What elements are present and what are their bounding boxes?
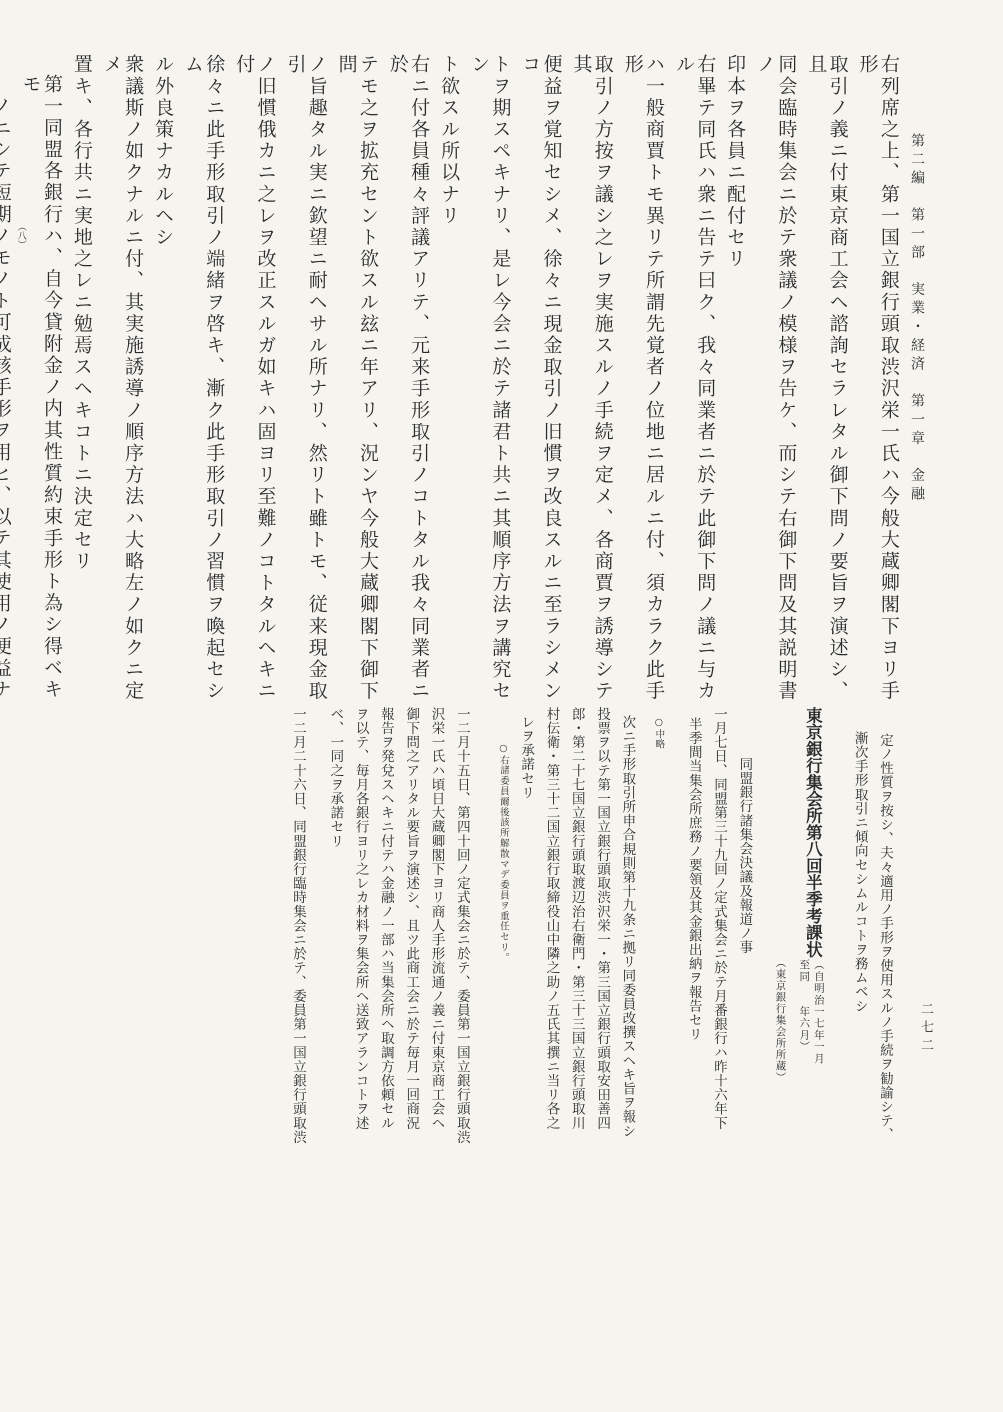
section-heading: 同盟銀行諸集会決議及報道ノ事: [737, 707, 751, 1402]
interlinear-note: （八）: [16, 222, 26, 249]
column-text: 半季間当集会所庶務ノ要領及其金銀出納ヲ報告セリ: [686, 717, 702, 1041]
text-column: 取引ノ義ニ付東京商工会ヘ諮詢セラレタル御下問ノ要旨ヲ演述シ、且: [805, 54, 848, 719]
column-text: レヲ承諾セリ: [518, 715, 534, 800]
text-column: 半季間当集会所庶務ノ要領及其金銀出納ヲ報告セリ: [686, 707, 700, 1402]
text-column: ト欲スル所以ナリ: [438, 54, 459, 719]
text-column: 沢栄一氏ハ頃日大蔵卿閣下ヨリ商人手形流通ノ義ニ付東京商工会ヘ: [429, 707, 443, 1402]
annotation-column: 至同 年六月）: [797, 959, 810, 1064]
column-text: 投票ヲ以テ第一国立銀行頭取渋沢栄一・第三国立銀行頭取安田善四: [594, 707, 610, 1130]
column-text: ヲ以テ、毎月各銀行ヨリ之レカ材料ヲ集会所ヘ送致アランコトヲ述: [353, 707, 369, 1130]
text-column: ノニシテ短期ノモノト可成該手形ヲ用ヒ、以テ其使用ノ便益ナル（八）: [0, 54, 11, 719]
column-text: ベ、一同之ヲ承諾セリ: [327, 707, 343, 848]
column-text: 同盟銀行諸集会決議及報道ノ事: [736, 757, 752, 954]
column-text: 取引ノ義ニ付東京商工会ヘ諮詢セラレタル御下問ノ要旨ヲ演述シ、且: [805, 54, 848, 702]
column-text: 置キ、各行共ニ実地之レニ勉焉スヘキコトニ決定セリ: [71, 54, 93, 572]
bottom-text-block: 定ノ性質ヲ按シ、夫々適用ノ手形ヲ使用スルノ手続ヲ勧諭シテ、漸次手形取引ニ傾向セシ…: [280, 707, 903, 1402]
date-range-annotation: （自明治一七年一月至同 年六月）: [796, 959, 827, 1064]
text-column: トヲ期スペキナリ、是レ今会ニ於テ諸君ト共ニ其順序方法ヲ講究セン: [468, 54, 511, 719]
column-text: 村伝衛・第三十二国立銀行取締役山中隣之助ノ五氏其撰ニ当リ各之: [543, 707, 559, 1130]
text-column: ヲ以テ、毎月各銀行ヨリ之レカ材料ヲ集会所ヘ送致アランコトヲ述: [353, 707, 367, 1402]
text-column: 第一同盟各銀行ハ、自今貸附金ノ内其性質約束手形ト為シ得ベキモ: [19, 54, 62, 719]
text-column: 右ニ付各員種々評議アリテ、元来手形取引ノコトタル我々同業者ニ於: [387, 54, 430, 719]
column-text: 一二月十五日、第四十回ノ定式集会ニ於テ、委員第一国立銀行頭取渋: [454, 707, 470, 1144]
text-column: ル外良策ナカルヘシ: [152, 54, 173, 719]
page-number: 二七二: [916, 1002, 935, 1056]
column-text: 印本ヲ各員ニ配付セリ: [724, 54, 746, 270]
column-text: 沢栄一氏ハ頃日大蔵卿閣下ヨリ商人手形流通ノ義ニ付東京商工会ヘ: [429, 707, 445, 1130]
text-column: テモ之ヲ拡充セント欲スル玆ニ年アリ、況ンヤ今般大蔵卿閣下御下問: [335, 54, 378, 719]
text-column: ノ旨趣タル実ニ欽望ニ耐ヘサル所ナリ、然リト雖トモ、従来現金取引: [284, 54, 327, 719]
ownership-annotation: （東京銀行集会所所蔵）: [774, 707, 785, 1402]
column-text: ○右諸委員爾後該所解散マデ委員ヲ重任セリ。: [498, 743, 509, 963]
top-text-block: 第二編 第一部 実業・経済 第一章 金融 右列席之上、第一国立銀行頭取渋沢栄一氏…: [0, 54, 933, 719]
column-text: 御下問之アリタル要旨ヲ演述シ、且ツ此商工会ニ於テ毎月一回商況: [403, 707, 419, 1130]
text-column: ベ、一同之ヲ承諾セリ: [328, 707, 342, 1402]
text-column: 置キ、各行共ニ実地之レニ勉焉スヘキコトニ決定セリ: [71, 54, 92, 719]
page: 第二編 第一部 実業・経済 第一章 金融 右列席之上、第一国立銀行頭取渋沢栄一氏…: [0, 0, 1003, 1412]
text-column: 報告ヲ発兌スヘキニ付テハ金融ノ一部ハ当集会所ヘ取調方依頼セル: [379, 707, 393, 1402]
column-text: 取引ノ方按ヲ議シ之レヲ実施スルノ手続ヲ定メ、各商賈ヲ誘導シテ其: [571, 54, 614, 702]
column-text: トヲ期スペキナリ、是レ今会ニ於テ諸君ト共ニ其順序方法ヲ講究セン: [468, 54, 511, 702]
column-text: ノ旧慣俄カニ之レヲ改正スルガ如キハ固ヨリ至難ノコトタルヘキニ付: [233, 54, 276, 702]
marginal-note: ○右諸委員爾後該所解散マデ委員ヲ重任セリ。: [498, 707, 508, 1402]
text-column: 漸次手形取引ニ傾向セシムルコトヲ務ムベシ: [852, 707, 866, 1402]
column-text: ル外良策ナカルヘシ: [152, 54, 174, 248]
column-text: （東京銀行集会所所蔵）: [774, 957, 786, 1084]
column-text: ノ旨趣タル実ニ欽望ニ耐ヘサル所ナリ、然リト雖トモ、従来現金取引: [284, 54, 327, 702]
running-header: 第二編 第一部 実業・経済 第一章 金融: [908, 54, 926, 719]
omission-note: ○中略: [653, 707, 663, 1402]
column-text: 一月七日、同盟第三十九回ノ定式集会ニ於テ月番銀行ハ昨十六年下: [711, 707, 727, 1130]
column-text: 衆議斯ノ如クナルニ付、其実施誘導ノ順序方法ハ大略左ノ如クニ定メ: [101, 54, 144, 702]
column-text: ノニシテ短期ノモノト可成該手形ヲ用ヒ、以テ其使用ノ便益ナル: [0, 96, 12, 701]
annotation-column: （自明治一七年一月: [812, 959, 825, 1064]
text-column: 御下問之アリタル要旨ヲ演述シ、且ツ此商工会ニ於テ毎月一回商況: [404, 707, 418, 1402]
column-text: 右列席之上、第一国立銀行頭取渋沢栄一氏ハ今般大蔵卿閣下ヨリ手形: [857, 54, 900, 702]
column-text: ハ一般商賈トモ異リテ所謂先覚者ノ位地ニ居ルニ付、須カラク此手形: [622, 54, 665, 702]
text-column: 徐々ニ此手形取引ノ端緒ヲ啓キ、漸ク此手形取引ノ習慣ヲ喚起セシム: [182, 54, 225, 719]
text-column: ハ一般商賈トモ異リテ所謂先覚者ノ位地ニ居ルニ付、須カラク此手形: [621, 54, 664, 719]
document-title: 東京銀行集会所第八回半季考課状（自明治一七年一月至同 年六月）: [802, 707, 821, 1402]
column-text: 右ニ付各員種々評議アリテ、元来手形取引ノコトタル我々同業者ニ於: [387, 54, 430, 702]
text-column: 一二月二十六日、同盟銀行臨時集会ニ於テ、委員第一国立銀行頭取渋: [291, 707, 305, 1402]
text-column: 印本ヲ各員ニ配付セリ: [724, 54, 745, 719]
text-column: 一月七日、同盟第三十九回ノ定式集会ニ於テ月番銀行ハ昨十六年下: [712, 707, 726, 1402]
column-text: 東京銀行集会所第八回半季考課状: [803, 707, 822, 958]
column-text: テモ之ヲ拡充セント欲スル玆ニ年アリ、況ンヤ今般大蔵卿閣下御下問: [336, 54, 379, 702]
text-column: 定ノ性質ヲ按シ、夫々適用ノ手形ヲ使用スルノ手続ヲ勧諭シテ、: [878, 707, 892, 1402]
column-text: ○中略: [653, 717, 664, 750]
text-column: 右列席之上、第一国立銀行頭取渋沢栄一氏ハ今般大蔵卿閣下ヨリ手形: [856, 54, 899, 719]
column-text: 定ノ性質ヲ按シ、夫々適用ノ手形ヲ使用スルノ手続ヲ勧諭シテ、: [877, 733, 893, 1142]
text-column: 郎・第二十七国立銀行頭取渡辺治右衛門・第三十三国立銀行頭取川: [569, 707, 583, 1402]
column-text: ト欲スル所以ナリ: [438, 54, 460, 227]
column-text: 一二月二十六日、同盟銀行臨時集会ニ於テ、委員第一国立銀行頭取渋: [290, 707, 306, 1144]
column-text: 漸次手形取引ニ傾向セシムルコトヲ務ムベシ: [852, 731, 868, 1013]
column-text: 次ニ手形取引所申合規則第十九条ニ拠リ同委員改撰スヘキ旨ヲ報シ: [619, 715, 635, 1138]
text-column: 一二月十五日、第四十回ノ定式集会ニ於テ、委員第一国立銀行頭取渋: [455, 707, 469, 1402]
text-column: 村伝衛・第三十二国立銀行取締役山中隣之助ノ五氏其撰ニ当リ各之: [544, 707, 558, 1402]
text-column: ノ旧慣俄カニ之レヲ改正スルガ如キハ固ヨリ至難ノコトタルヘキニ付: [233, 54, 276, 719]
text-column: 次ニ手形取引所申合規則第十九条ニ拠リ同委員改撰スヘキ旨ヲ報シ: [620, 707, 634, 1402]
text-column: 衆議斯ノ如クナルニ付、其実施誘導ノ順序方法ハ大略左ノ如クニ定メ: [101, 54, 144, 719]
text-column: 取引ノ方按ヲ議シ之レヲ実施スルノ手続ヲ定メ、各商賈ヲ誘導シテ其: [570, 54, 613, 719]
column-text: 郎・第二十七国立銀行頭取渡辺治右衛門・第三十三国立銀行頭取川: [569, 707, 585, 1130]
column-text: 右畢テ同氏ハ衆ニ告テ曰ク、我々同業者ニ於テ此御下問ノ議ニ与カル: [673, 54, 716, 702]
column-text: 徐々ニ此手形取引ノ端緒ヲ啓キ、漸ク此手形取引ノ習慣ヲ喚起セシム: [182, 54, 225, 702]
column-text: 同会臨時集会ニ於テ衆議ノ模様ヲ告ケ、而シテ右御下問及其説明書ノ: [754, 54, 797, 702]
text-column: 便益ヲ覚知セシメ、徐々ニ現金取引ノ旧慣ヲ改良スルニ至ラシメンコ: [519, 54, 562, 719]
text-column: レヲ承諾セリ: [519, 707, 533, 1402]
text-column: 投票ヲ以テ第一国立銀行頭取渋沢栄一・第三国立銀行頭取安田善四: [595, 707, 609, 1402]
column-text: 便益ヲ覚知セシメ、徐々ニ現金取引ノ旧慣ヲ改良スルニ至ラシメンコ: [519, 54, 562, 702]
column-text: 第一同盟各銀行ハ、自今貸附金ノ内其性質約束手形ト為シ得ベキモ: [20, 74, 63, 700]
text-column: 右畢テ同氏ハ衆ニ告テ曰ク、我々同業者ニ於テ此御下問ノ議ニ与カル: [673, 54, 716, 719]
column-text: 報告ヲ発兌スヘキニ付テハ金融ノ一部ハ当集会所ヘ取調方依頼セル: [378, 707, 394, 1130]
text-column: 同会臨時集会ニ於テ衆議ノ模様ヲ告ケ、而シテ右御下問及其説明書ノ: [754, 54, 797, 719]
